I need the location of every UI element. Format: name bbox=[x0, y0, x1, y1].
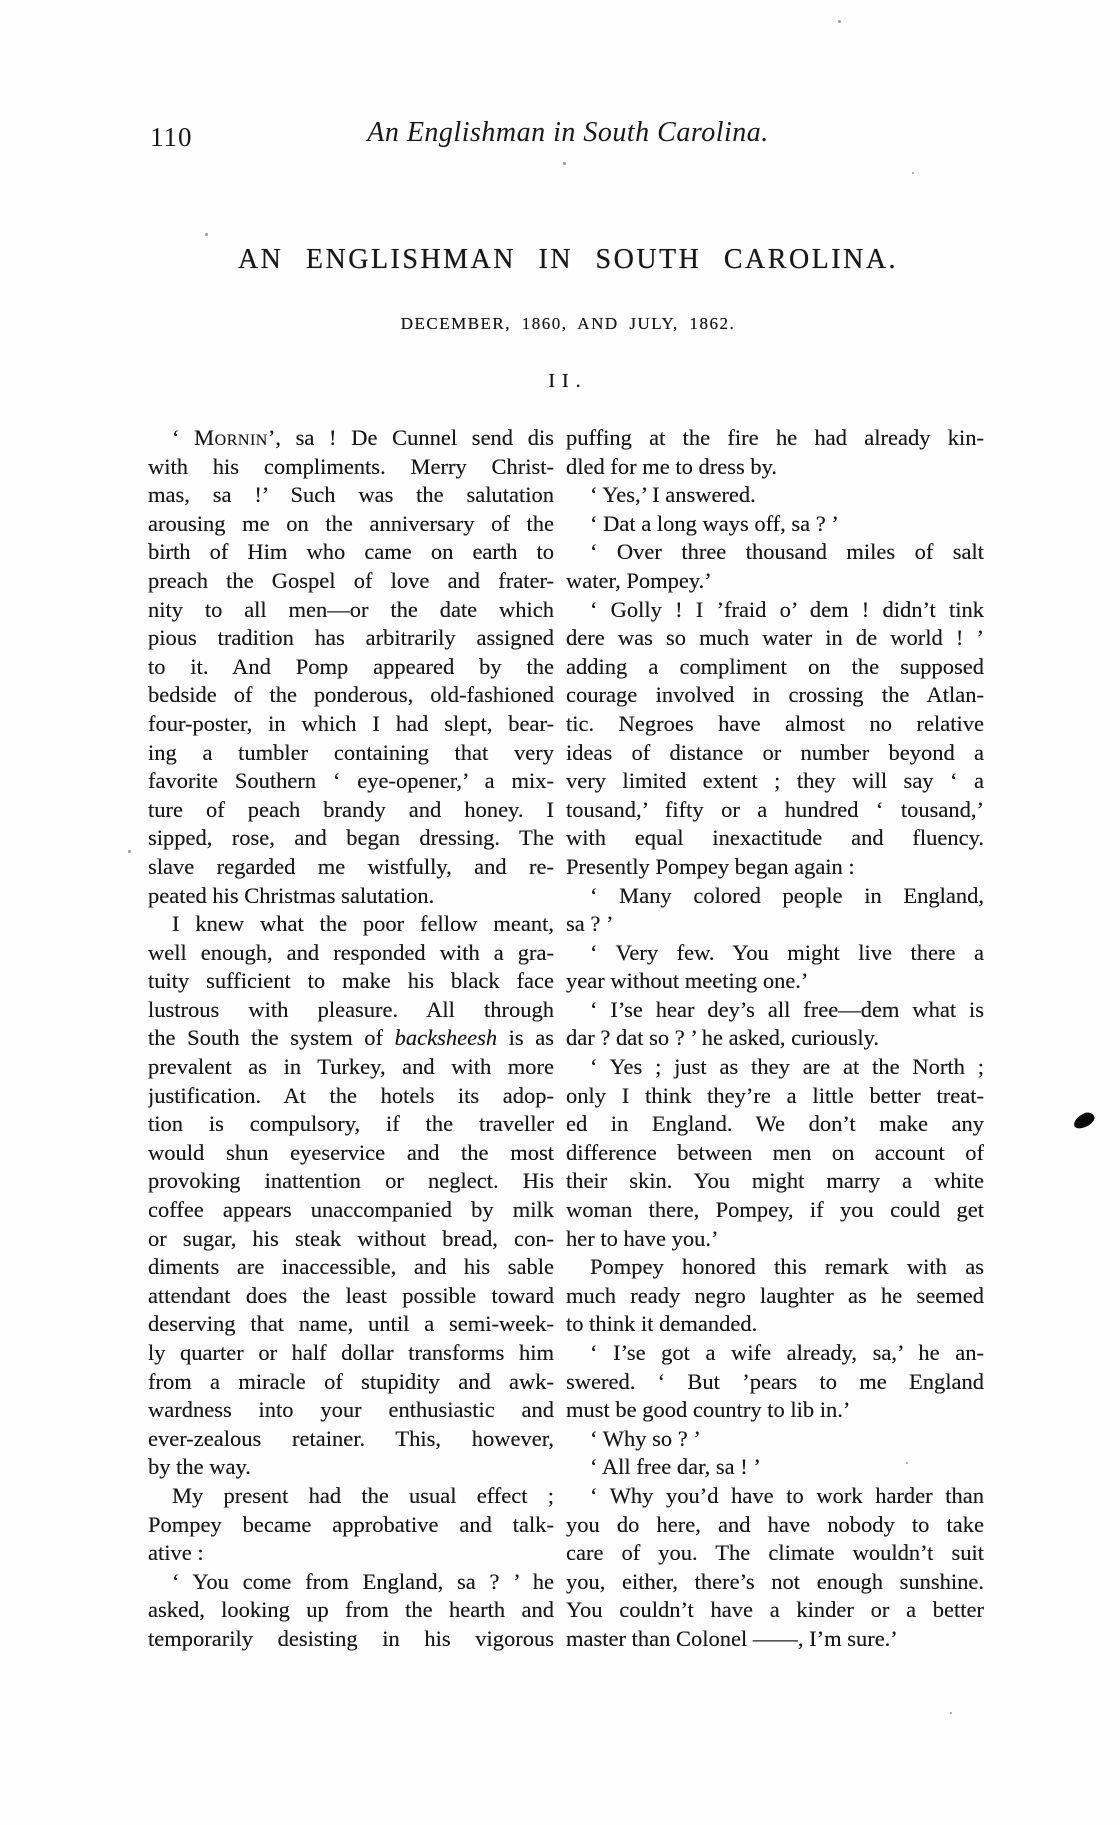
text-line: preach the Gospel of love and frater- bbox=[148, 567, 554, 596]
text-line: asked, looking up from the hearth and bbox=[148, 1596, 554, 1625]
text-line: prevalent as in Turkey, and with more bbox=[148, 1053, 554, 1082]
ink-blot bbox=[1071, 1110, 1096, 1131]
text-line: much ready negro laughter as he seemed bbox=[566, 1282, 984, 1311]
text-line: I knew what the poor fellow meant, bbox=[148, 910, 554, 939]
text-line: to think it demanded. bbox=[566, 1310, 984, 1339]
text-line: tic. Negroes have almost no relative bbox=[566, 710, 984, 739]
text-line: difference between men on account of bbox=[566, 1139, 984, 1168]
text-line: year without meeting one.’ bbox=[566, 967, 984, 996]
text-line: well enough, and responded with a gra- bbox=[148, 939, 554, 968]
text-line: bedside of the ponderous, old-fashioned bbox=[148, 681, 554, 710]
text-line: diments are inaccessible, and his sable bbox=[148, 1253, 554, 1282]
text-line: puffing at the fire he had already kin- bbox=[566, 424, 984, 453]
scan-speck bbox=[838, 20, 841, 23]
running-head: An Englishman in South Carolina. bbox=[148, 117, 988, 149]
text-line: adding a compliment on the supposed bbox=[566, 653, 984, 682]
text-line: or sugar, his steak without bread, con- bbox=[148, 1225, 554, 1254]
text-line: from a miracle of stupidity and awk- bbox=[148, 1368, 554, 1397]
text-line: ture of peach brandy and honey. I bbox=[148, 796, 554, 825]
text-line: attendant does the least possible toward bbox=[148, 1282, 554, 1311]
text-line: four-poster, in which I had slept, bear- bbox=[148, 710, 554, 739]
text-line: water, Pompey.’ bbox=[566, 567, 984, 596]
text-line: ing a tumbler containing that very bbox=[148, 739, 554, 768]
text-line: ed in England. We don’t make any bbox=[566, 1110, 984, 1139]
scan-speck bbox=[950, 1712, 952, 1714]
text-line: tuity sufficient to make his black face bbox=[148, 967, 554, 996]
text-line: swered. ‘ But ’pears to me England bbox=[566, 1368, 984, 1397]
text-line: provoking inattention or neglect. His bbox=[148, 1167, 554, 1196]
text-line: tion is compulsory, if the traveller bbox=[148, 1110, 554, 1139]
text-line: you do here, and have nobody to take bbox=[566, 1511, 984, 1540]
text-line: with equal inexactitude and fluency. bbox=[566, 824, 984, 853]
scan-speck bbox=[128, 850, 131, 853]
text-line: sipped, rose, and began dressing. The bbox=[148, 824, 554, 853]
text-line: ‘ Why so ? ’ bbox=[566, 1425, 984, 1454]
text-line: tousand,’ fifty or a hundred ‘ tousand,’ bbox=[566, 796, 984, 825]
text-line: Pompey honored this remark with as bbox=[566, 1253, 984, 1282]
text-line: ‘ Mornin’, sa ! De Cunnel send dis bbox=[148, 424, 554, 453]
text-line: My present had the usual effect ; bbox=[148, 1482, 554, 1511]
text-line: ‘ Why you’d have to work harder than bbox=[566, 1482, 984, 1511]
text-line: care of you. The climate wouldn’t suit bbox=[566, 1539, 984, 1568]
text-line: Pompey became approbative and talk- bbox=[148, 1511, 554, 1540]
text-line: ‘ Over three thousand miles of salt bbox=[566, 538, 984, 567]
scan-speck bbox=[906, 1462, 908, 1464]
text-line: the South the system of backsheesh is as bbox=[148, 1024, 554, 1053]
text-line: mas, sa !’ Such was the salutation bbox=[148, 481, 554, 510]
text-line: coffee appears unaccompanied by milk bbox=[148, 1196, 554, 1225]
text-line: birth of Him who came on earth to bbox=[148, 538, 554, 567]
text-line: woman there, Pompey, if you could get bbox=[566, 1196, 984, 1225]
text-line: ative : bbox=[148, 1539, 554, 1568]
article-subtitle: DECEMBER, 1860, AND JULY, 1862. bbox=[148, 314, 988, 334]
article-title: AN ENGLISHMAN IN SOUTH CAROLINA. bbox=[148, 244, 988, 276]
text-line: ‘ I’se hear dey’s all free—dem what is bbox=[566, 996, 984, 1025]
text-line: dar ? dat so ? ’ he asked, curiously. bbox=[566, 1024, 984, 1053]
text-line: would shun eyeservice and the most bbox=[148, 1139, 554, 1168]
text-line: dere was so much water in de world ! ’ bbox=[566, 624, 984, 653]
text-line: favorite Southern ‘ eye-opener,’ a mix- bbox=[148, 767, 554, 796]
text-line: temporarily desisting in his vigorous bbox=[148, 1625, 554, 1654]
text-line: peated his Christmas salutation. bbox=[148, 882, 554, 911]
scan-speck bbox=[563, 162, 566, 165]
text-line: ly quarter or half dollar transforms him bbox=[148, 1339, 554, 1368]
text-line: master than Colonel ——, I’m sure.’ bbox=[566, 1625, 984, 1654]
text-line: ‘ All free dar, sa ! ’ bbox=[566, 1453, 984, 1482]
text-line: ‘ Yes,’ I answered. bbox=[566, 481, 984, 510]
text-line: Presently Pompey began again : bbox=[566, 853, 984, 882]
text-line: ‘ Dat a long ways off, sa ? ’ bbox=[566, 510, 984, 539]
text-line: ‘ Yes ; just as they are at the North ; bbox=[566, 1053, 984, 1082]
text-line: by the way. bbox=[148, 1453, 554, 1482]
section-heading: II. bbox=[148, 370, 988, 393]
text-line: wardness into your enthusiastic and bbox=[148, 1396, 554, 1425]
text-line: ‘ You come from England, sa ? ’ he bbox=[148, 1568, 554, 1597]
text-line: you, either, there’s not enough sunshine… bbox=[566, 1568, 984, 1597]
text-line: ever-zealous retainer. This, however, bbox=[148, 1425, 554, 1454]
scan-speck bbox=[912, 172, 914, 174]
scanned-book-page: 110 An Englishman in South Carolina. AN … bbox=[0, 0, 1120, 1825]
text-line: dled for me to dress by. bbox=[566, 453, 984, 482]
text-line: ‘ I’se got a wife already, sa,’ he an- bbox=[566, 1339, 984, 1368]
text-column-left: ‘ Mornin’, sa ! De Cunnel send diswith h… bbox=[148, 424, 554, 1654]
text-line: slave regarded me wistfully, and re- bbox=[148, 853, 554, 882]
text-line: ideas of distance or number beyond a bbox=[566, 739, 984, 768]
text-line: their skin. You might marry a white bbox=[566, 1167, 984, 1196]
text-line: with his compliments. Merry Christ- bbox=[148, 453, 554, 482]
text-line: justification. At the hotels its adop- bbox=[148, 1082, 554, 1111]
text-line: her to have you.’ bbox=[566, 1225, 984, 1254]
text-line: ‘ Very few. You might live there a bbox=[566, 939, 984, 968]
text-line: only I think they’re a little better tre… bbox=[566, 1082, 984, 1111]
text-line: to it. And Pomp appeared by the bbox=[148, 653, 554, 682]
text-line: deserving that name, until a semi-week- bbox=[148, 1310, 554, 1339]
text-line: must be good country to lib in.’ bbox=[566, 1396, 984, 1425]
text-line: sa ? ’ bbox=[566, 910, 984, 939]
text-line: ‘ Golly ! I ’fraid o’ dem ! didn’t tink bbox=[566, 596, 984, 625]
text-line: nity to all men—or the date which bbox=[148, 596, 554, 625]
text-line: lustrous with pleasure. All through bbox=[148, 996, 554, 1025]
text-line: pious tradition has arbitrarily assigned bbox=[148, 624, 554, 653]
scan-speck bbox=[205, 233, 208, 236]
text-line: courage involved in crossing the Atlan- bbox=[566, 681, 984, 710]
text-column-right: puffing at the fire he had already kin-d… bbox=[566, 424, 984, 1654]
text-line: You couldn’t have a kinder or a better bbox=[566, 1596, 984, 1625]
text-line: very limited extent ; they will say ‘ a bbox=[566, 767, 984, 796]
text-line: arousing me on the anniversary of the bbox=[148, 510, 554, 539]
text-line: ‘ Many colored people in England, bbox=[566, 882, 984, 911]
